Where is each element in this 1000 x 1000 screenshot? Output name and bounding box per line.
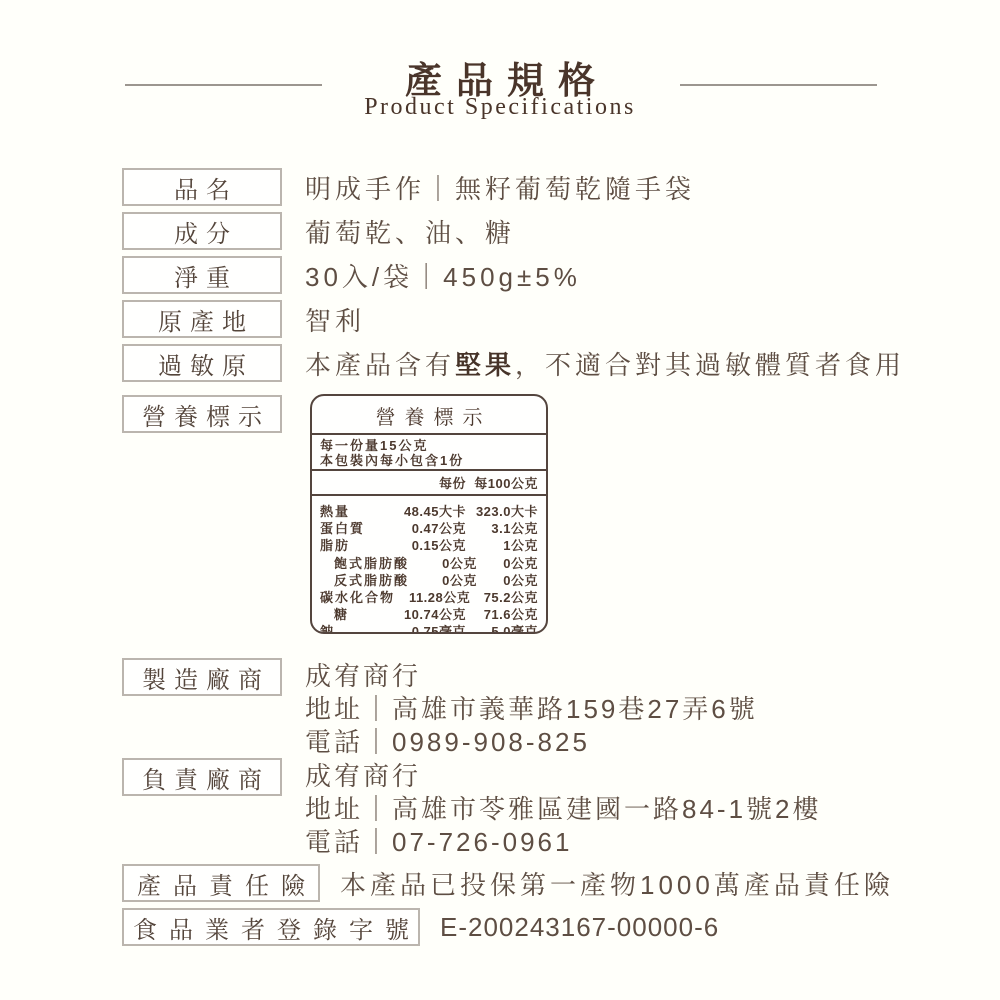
value-per-100g: 0公克	[477, 572, 538, 589]
nutrition-servings-per-pack: 本包裝內每小包含1份	[320, 453, 538, 468]
col-per-100g: 每100公克	[466, 473, 538, 492]
responsible-company-phone: 電話｜07-726-0961	[305, 826, 822, 859]
nutrient-name: 糖	[320, 606, 386, 623]
nutrition-row: 脂肪 0.15公克 1公克	[320, 537, 538, 554]
allergen-highlight: 堅果	[455, 345, 515, 382]
label-responsible-company: 負責廠商	[122, 758, 282, 796]
manufacturer-phone: 電話｜0989-908-825	[305, 726, 758, 759]
value-per-serving: 48.45大卡	[386, 503, 466, 520]
allergen-text-suffix: ，不適合對其過敏體質者食用	[515, 345, 905, 382]
value-per-100g: 323.0大卡	[466, 503, 538, 520]
value-per-100g: 71.6公克	[466, 606, 538, 623]
value-origin: 智利	[305, 300, 365, 338]
manufacturer-info: 成宥商行 地址｜高雄市義華路159巷27弄6號 電話｜0989-908-825	[305, 660, 758, 759]
value-per-serving: 0公克	[409, 572, 477, 589]
nutrition-facts-panel: 營養標示 每一份量15公克 本包裝內每小包含1份 每份 每100公克 熱量 48…	[310, 394, 548, 634]
nutrient-name: 蛋白質	[320, 520, 386, 537]
value-liability-insurance: 本產品已投保第一產物1000萬產品責任險	[340, 864, 894, 902]
manufacturer-name: 成宥商行	[305, 660, 758, 693]
page-subtitle: Product Specifications	[0, 94, 1000, 121]
nutrient-name: 反式脂肪酸	[320, 572, 409, 589]
label-manufacturer: 製造廠商	[122, 658, 282, 696]
nutrition-title: 營養標示	[312, 396, 546, 433]
nutrition-row: 碳水化合物 11.28公克 75.2公克	[320, 589, 538, 606]
label-liability-insurance: 產品責任險	[122, 864, 320, 902]
nutrition-rows: 熱量 48.45大卡 323.0大卡 蛋白質 0.47公克 3.1公克 脂肪 0…	[312, 496, 546, 634]
label-product-name: 品名	[122, 168, 282, 206]
responsible-company-address: 地址｜高雄市苓雅區建國一路84-1號2樓	[305, 793, 822, 826]
nutrition-column-header: 每份 每100公克	[312, 471, 546, 494]
value-per-100g: 0公克	[477, 555, 538, 572]
value-per-serving: 0公克	[409, 555, 477, 572]
responsible-company-name: 成宥商行	[305, 760, 822, 793]
nutrient-name: 熱量	[320, 503, 386, 520]
label-ingredients: 成分	[122, 212, 282, 250]
value-net-weight: 30入/袋｜450g±5%	[305, 256, 581, 294]
nutrition-row: 糖 10.74公克 71.6公克	[320, 606, 538, 623]
nutrient-name: 脂肪	[320, 537, 386, 554]
label-net-weight: 淨重	[122, 256, 282, 294]
value-product-name: 明成手作｜無籽葡萄乾隨手袋	[305, 168, 695, 206]
value-per-serving: 0.75毫克	[386, 623, 466, 634]
label-registration-number: 食品業者登錄字號	[122, 908, 420, 946]
nutrient-name: 鈉	[320, 623, 386, 634]
value-per-100g: 1公克	[466, 537, 538, 554]
manufacturer-address: 地址｜高雄市義華路159巷27弄6號	[305, 693, 758, 726]
value-per-serving: 11.28公克	[395, 589, 470, 606]
col-per-serving: 每份	[386, 473, 466, 492]
responsible-company-info: 成宥商行 地址｜高雄市苓雅區建國一路84-1號2樓 電話｜07-726-0961	[305, 760, 822, 859]
value-registration-number: E-200243167-00000-6	[440, 908, 719, 946]
value-per-serving: 0.15公克	[386, 537, 466, 554]
value-per-serving: 10.74公克	[386, 606, 466, 623]
nutrient-name: 碳水化合物	[320, 589, 395, 606]
nutrition-serving-size: 每一份量15公克	[320, 438, 538, 453]
value-per-100g: 3.1公克	[466, 520, 538, 537]
label-origin: 原產地	[122, 300, 282, 338]
label-nutrition: 營養標示	[122, 395, 282, 433]
allergen-text-prefix: 本產品含有	[305, 345, 455, 382]
nutrition-row: 飽式脂肪酸 0公克 0公克	[320, 555, 538, 572]
nutrition-row: 反式脂肪酸 0公克 0公克	[320, 572, 538, 589]
product-spec-sheet: 產品規格 Product Specifications 品名 明成手作｜無籽葡萄…	[0, 0, 1000, 1000]
nutrition-row: 熱量 48.45大卡 323.0大卡	[320, 503, 538, 520]
label-allergen: 過敏原	[122, 344, 282, 382]
value-ingredients: 葡萄乾、油、糖	[305, 212, 515, 250]
value-per-100g: 5.0毫克	[466, 623, 538, 634]
nutrition-row: 蛋白質 0.47公克 3.1公克	[320, 520, 538, 537]
value-allergen: 本產品含有堅果，不適合對其過敏體質者食用	[305, 344, 905, 382]
nutrient-name: 飽式脂肪酸	[320, 555, 409, 572]
nutrition-row: 鈉 0.75毫克 5.0毫克	[320, 623, 538, 634]
value-per-100g: 75.2公克	[470, 589, 538, 606]
value-per-serving: 0.47公克	[386, 520, 466, 537]
